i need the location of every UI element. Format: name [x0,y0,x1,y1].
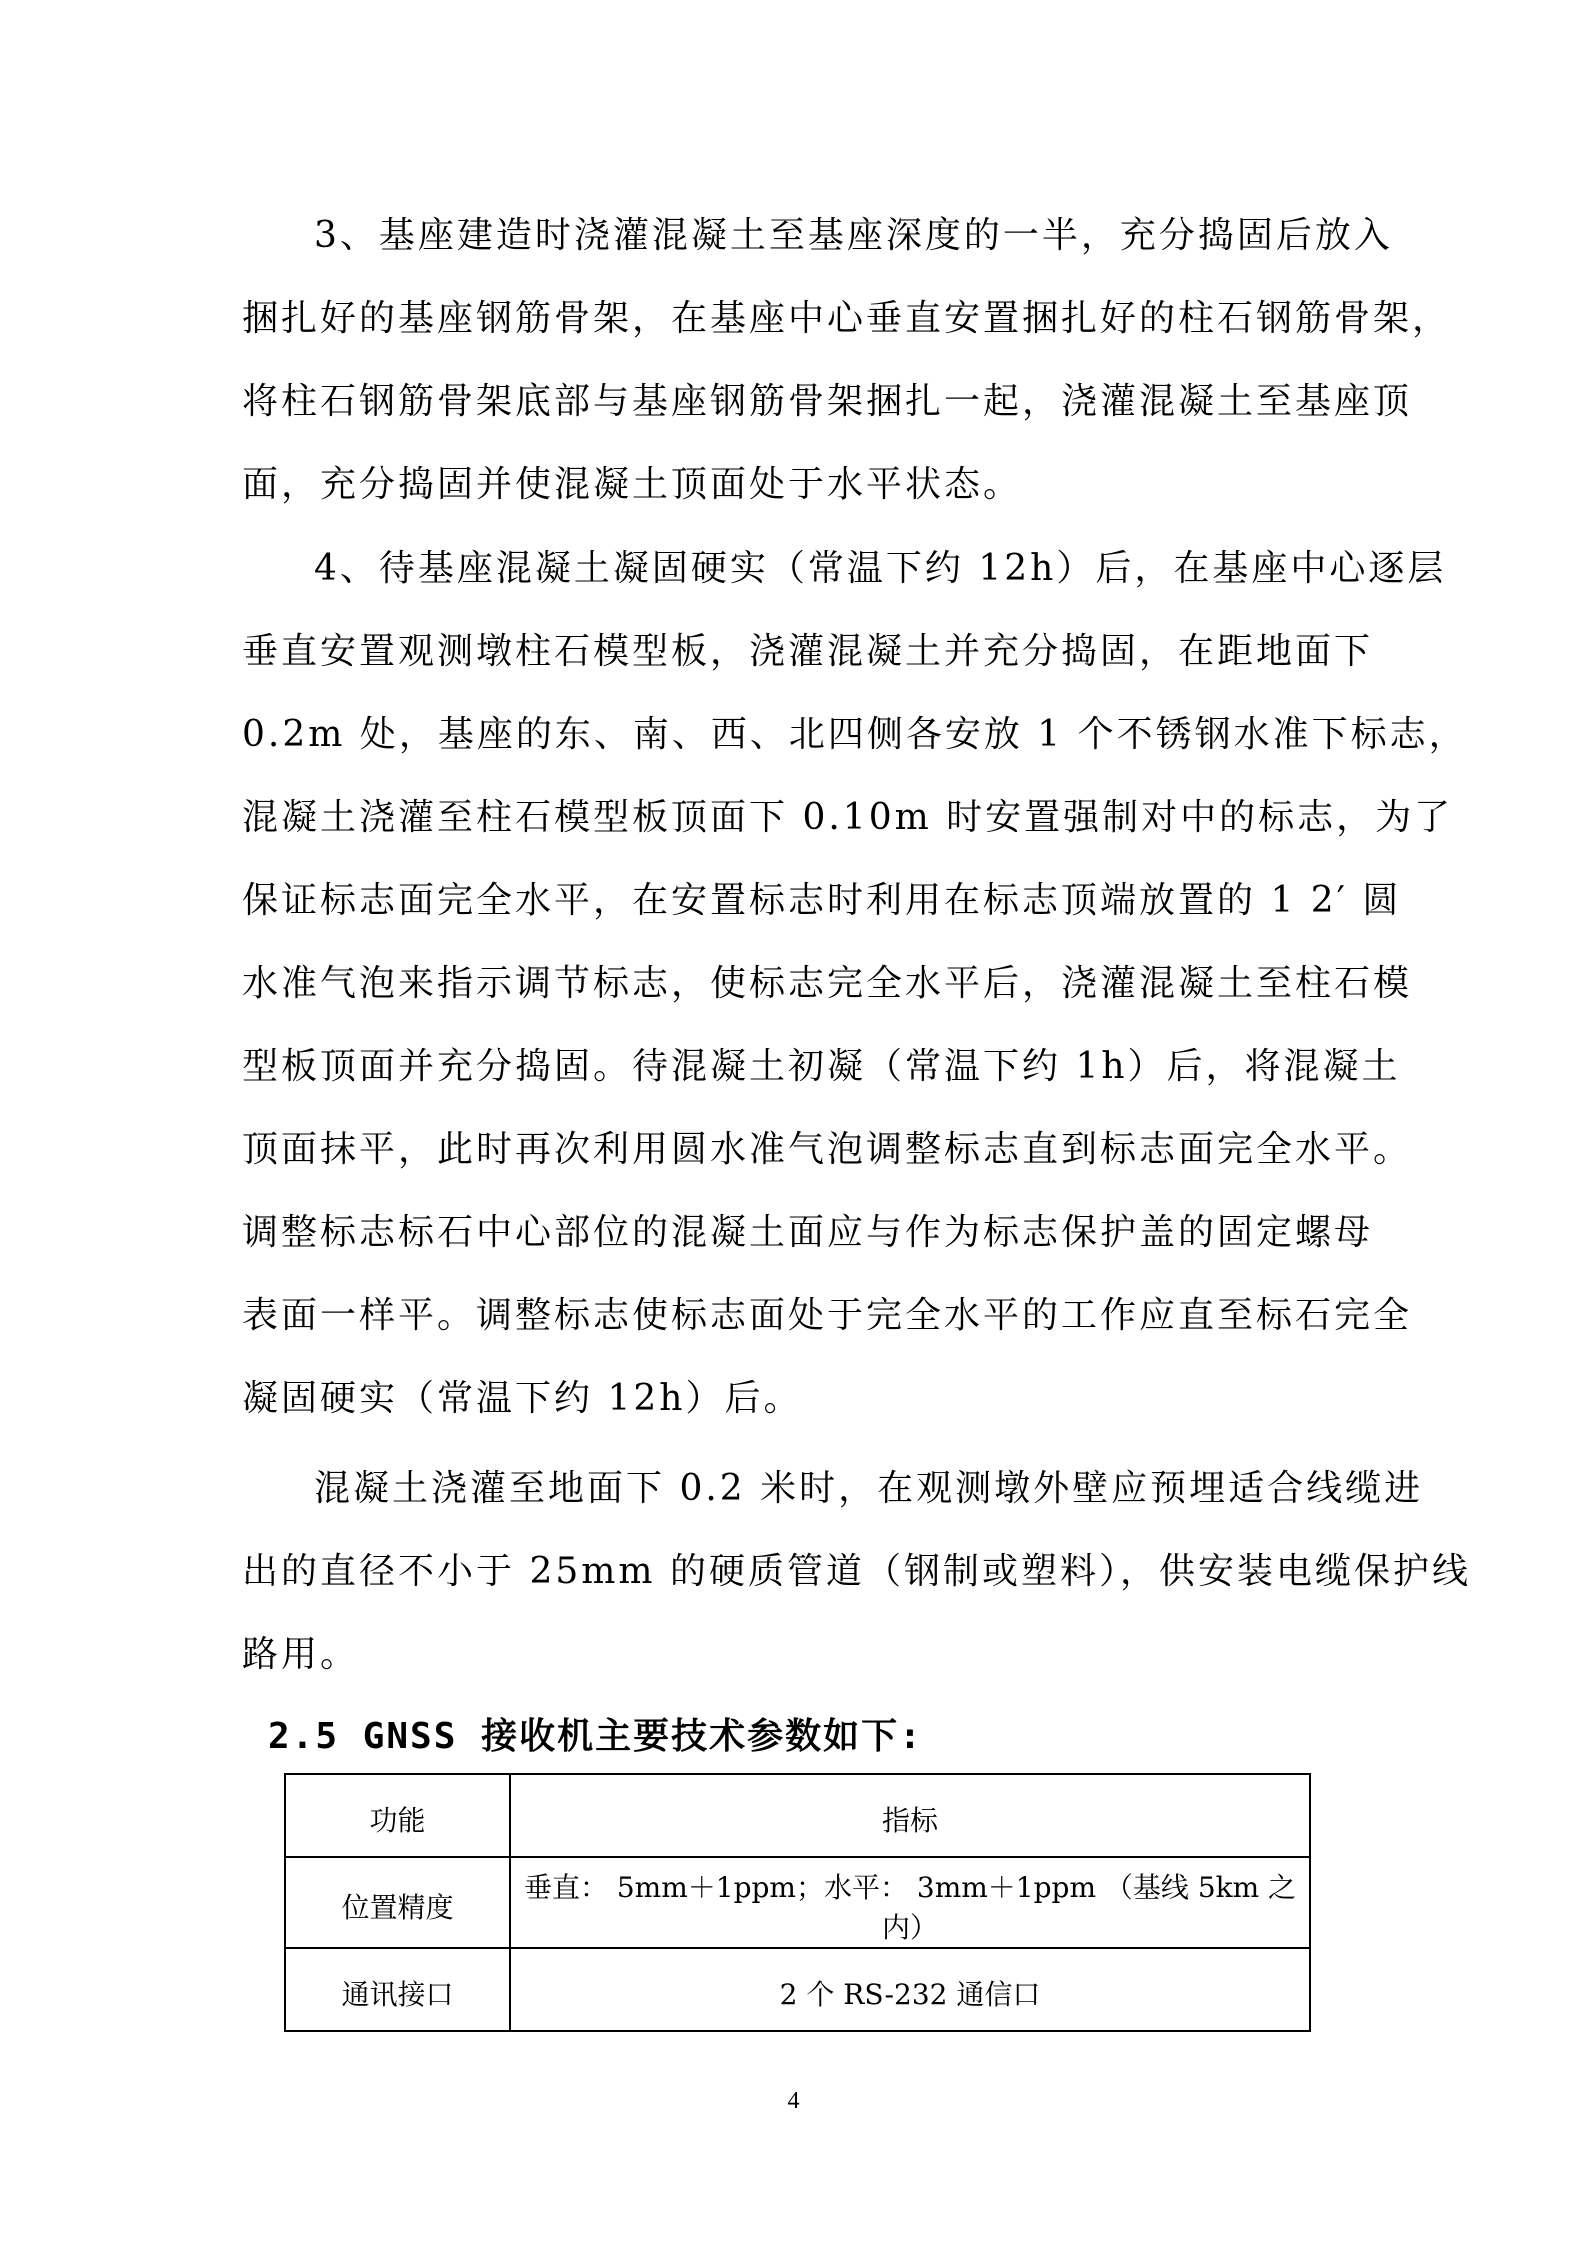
table-cell: 2 个 RS-232 通信口 [510,1948,1310,2031]
section-heading: 2.5 GNSS 接收机主要技术参数如下: [268,1708,923,1759]
paragraph-3: 3、基座建造时浇灌混凝土至基座深度的一半，充分捣固后放入 捆扎好的基座钢筋骨架，… [242,194,1357,526]
text-line: 顶面抹平，此时再次利用圆水准气泡调整标志直到标志面完全水平。 [170,1108,1357,1191]
table-header-row: 功能 指标 [285,1774,1310,1857]
text-line: 混凝土浇灌至柱石模型板顶面下 0.10m 时安置强制对中的标志，为了 [170,776,1357,859]
table-cell: 垂直： 5mm＋1ppm；水平： 3mm＋1ppm （基线 5km 之内） [510,1857,1310,1948]
table-row: 通讯接口 2 个 RS-232 通信口 [285,1948,1310,2031]
text-line: 型板顶面并充分捣固。待混凝土初凝（常温下约 1h）后，将混凝土 [170,1025,1357,1108]
text-line: 捆扎好的基座钢筋骨架，在基座中心垂直安置捆扎好的柱石钢筋骨架， [170,277,1357,360]
text-line: 路用。 [170,1613,1357,1696]
text-line: 0.2m 处，基座的东、南、西、北四侧各安放 1 个不锈钢水准下标志， [170,693,1357,776]
table-header-cell: 指标 [510,1774,1310,1857]
page-number: 4 [0,2088,1587,2115]
text-line: 垂直安置观测墩柱石模型板，浇灌混凝土并充分捣固，在距地面下 [170,610,1357,693]
text-line: 3、基座建造时浇灌混凝土至基座深度的一半，充分捣固后放入 [242,194,1357,277]
text-line: 4、待基座混凝土凝固硬实（常温下约 12h）后，在基座中心逐层 [242,527,1357,610]
text-line: 水准气泡来指示调节标志，使标志完全水平后，浇灌混凝土至柱石模 [170,942,1357,1025]
text-line: 保证标志面完全水平，在安置标志时利用在标志顶端放置的 1 2′ 圆 [170,859,1357,942]
text-line: 表面一样平。调整标志使标志面处于完全水平的工作应直至标石完全 [170,1274,1357,1357]
table-row: 位置精度 垂直： 5mm＋1ppm；水平： 3mm＋1ppm （基线 5km 之… [285,1857,1310,1948]
text-line: 混凝土浇灌至地面下 0.2 米时，在观测墩外壁应预埋适合线缆进 [242,1447,1357,1530]
text-line: 将柱石钢筋骨架底部与基座钢筋骨架捆扎一起，浇灌混凝土至基座顶 [170,360,1357,443]
paragraph-5: 混凝土浇灌至地面下 0.2 米时，在观测墩外壁应预埋适合线缆进 出的直径不小于 … [242,1447,1357,1696]
text-line: 出的直径不小于 25mm 的硬质管道（钢制或塑料），供安装电缆保护线 [170,1530,1357,1613]
paragraph-4: 4、待基座混凝土凝固硬实（常温下约 12h）后，在基座中心逐层 垂直安置观测墩柱… [242,527,1357,1440]
text-line: 调整标志标石中心部位的混凝土面应与作为标志保护盖的固定螺母 [170,1191,1357,1274]
spec-table: 功能 指标 位置精度 垂直： 5mm＋1ppm；水平： 3mm＋1ppm （基线… [284,1773,1311,2032]
table-header-cell: 功能 [285,1774,510,1857]
text-line: 凝固硬实（常温下约 12h）后。 [170,1357,1357,1440]
text-line: 面，充分捣固并使混凝土顶面处于水平状态。 [170,443,1357,526]
table-cell: 通讯接口 [285,1948,510,2031]
document-page: 3、基座建造时浇灌混凝土至基座深度的一半，充分捣固后放入 捆扎好的基座钢筋骨架，… [0,0,1587,2245]
table-cell: 位置精度 [285,1857,510,1948]
